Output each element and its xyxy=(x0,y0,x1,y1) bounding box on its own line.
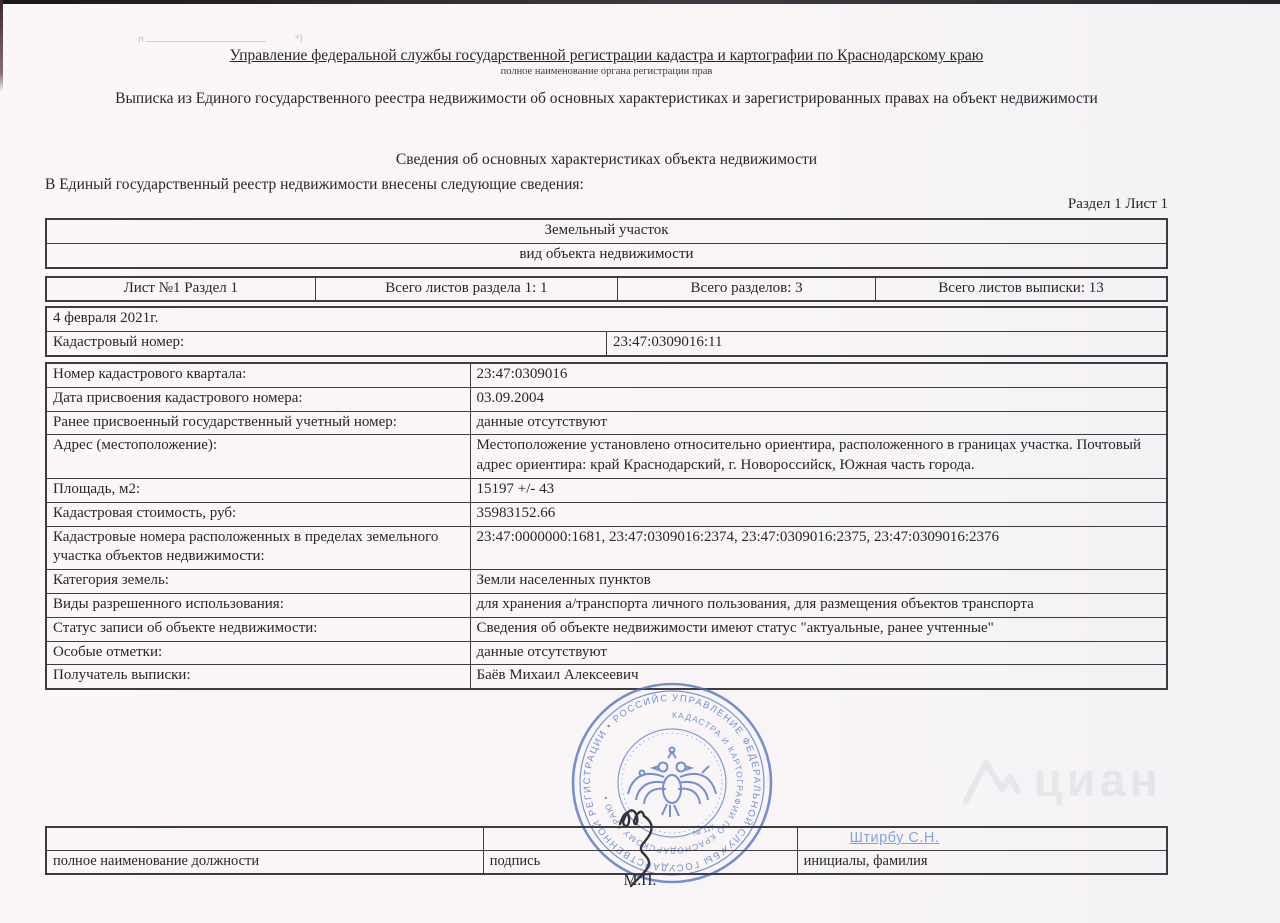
detail-label: Дата присвоения кадастрового номера: xyxy=(46,387,470,411)
signer-name: Штирбу С.Н. xyxy=(797,827,1167,851)
registration-date: 4 февраля 2021г. xyxy=(46,307,1167,331)
sheet-info-table: Лист №1 Раздел 1 Всего листов раздела 1:… xyxy=(45,276,1168,303)
section-sheet-ref: Раздел 1 Лист 1 xyxy=(45,196,1168,213)
table-row: Дата присвоения кадастрового номера:03.0… xyxy=(46,387,1167,411)
authority-caption: полное наименование органа регистрации п… xyxy=(45,66,1168,77)
detail-label: Кадастровая стоимость, руб: xyxy=(46,502,470,526)
table-row: Площадь, м2:15197 +/- 43 xyxy=(46,478,1167,502)
detail-value: Местоположение установлено относительно … xyxy=(470,435,1167,479)
sheet-info-cell: Лист №1 Раздел 1 xyxy=(46,277,315,302)
caption-position: полное наименование должности xyxy=(46,851,483,875)
authority-title: Управление федеральной службы государств… xyxy=(45,47,1168,65)
detail-label: Площадь, м2: xyxy=(46,478,470,502)
cian-watermark-text: циан xyxy=(1034,752,1162,807)
object-type-value: Земельный участок xyxy=(46,219,1167,243)
detail-label: Адрес (местоположение): xyxy=(46,435,470,479)
detail-label: Получатель выписки: xyxy=(46,665,470,689)
handwritten-signature xyxy=(598,792,693,890)
detail-value: 15197 +/- 43 xyxy=(470,478,1167,502)
detail-value: данные отсутствуют xyxy=(470,641,1167,665)
object-type-table: Земельный участок вид объекта недвижимос… xyxy=(45,218,1168,269)
detail-label: Номер кадастрового квартала: xyxy=(46,363,470,387)
detail-value: Земли населенных пунктов xyxy=(470,570,1167,594)
caption-name: инициалы, фамилия xyxy=(797,851,1167,875)
cian-watermark-logo-icon xyxy=(962,755,1020,805)
document-page: п *) Управление федеральной службы госуд… xyxy=(0,0,1280,923)
table-row: Кадастровая стоимость, руб:35983152.66 xyxy=(46,502,1167,526)
table-row: Номер кадастрового квартала:23:47:030901… xyxy=(46,363,1167,387)
detail-label: Статус записи об объекте недвижимости: xyxy=(46,617,470,641)
object-type-caption: вид объекта недвижимости xyxy=(46,243,1167,267)
detail-label: Особые отметки: xyxy=(46,641,470,665)
table-row: Адрес (местоположение):Местоположение ус… xyxy=(46,435,1167,479)
sheet-info-cell: Всего разделов: 3 xyxy=(618,277,876,302)
cadastral-number-value: 23:47:0309016:11 xyxy=(607,332,1168,356)
table-row: Земельный участок xyxy=(46,219,1167,243)
detail-value: Сведения об объекте недвижимости имеют с… xyxy=(470,617,1167,641)
section-title: Сведения об основных характеристиках объ… xyxy=(45,151,1168,169)
table-row: Особые отметки:данные отсутствуют xyxy=(46,641,1167,665)
detail-label: Категория земель: xyxy=(46,570,470,594)
section-intro: В Единый государственный реестр недвижим… xyxy=(45,176,1168,194)
detail-label: Виды разрешенного использования: xyxy=(46,593,470,617)
table-row: Виды разрешенного использования:для хран… xyxy=(46,593,1167,617)
document-content: Управление федеральной службы государств… xyxy=(45,0,1168,690)
table-row: Ранее присвоенный государственный учетны… xyxy=(46,411,1167,435)
position-cell-empty xyxy=(46,827,483,851)
table-row: Категория земель:Земли населенных пункто… xyxy=(46,570,1167,594)
detail-value: 23:47:0309016 xyxy=(470,363,1167,387)
scan-edge-left xyxy=(0,0,3,92)
registration-table: 4 февраля 2021г. Кадастровый номер: 23:4… xyxy=(45,306,1168,357)
details-table: Номер кадастрового квартала:23:47:030901… xyxy=(45,362,1168,690)
sheet-info-cell: Всего листов выписки: 13 xyxy=(876,277,1167,302)
table-row: Статус записи об объекте недвижимости:Св… xyxy=(46,617,1167,641)
detail-value: данные отсутствуют xyxy=(470,411,1167,435)
table-row: Лист №1 Раздел 1 Всего листов раздела 1:… xyxy=(46,277,1167,302)
detail-value: 23:47:0000000:1681, 23:47:0309016:2374, … xyxy=(470,526,1167,570)
table-row: Кадастровый номер: 23:47:0309016:11 xyxy=(46,332,1167,356)
detail-value: для хранения а/транспорта личного пользо… xyxy=(470,593,1167,617)
sheet-info-cell: Всего листов раздела 1: 1 xyxy=(315,277,618,302)
cadastral-number-label: Кадастровый номер: xyxy=(46,332,607,356)
table-row: 4 февраля 2021г. xyxy=(46,307,1167,331)
cian-watermark: циан xyxy=(962,752,1162,807)
detail-label: Ранее присвоенный государственный учетны… xyxy=(46,411,470,435)
detail-label: Кадастровые номера расположенных в преде… xyxy=(46,526,470,570)
detail-value: 35983152.66 xyxy=(470,502,1167,526)
table-row: Кадастровые номера расположенных в преде… xyxy=(46,526,1167,570)
table-row: вид объекта недвижимости xyxy=(46,243,1167,267)
detail-value: 03.09.2004 xyxy=(470,387,1167,411)
document-title: Выписка из Единого государственного реес… xyxy=(45,90,1168,108)
